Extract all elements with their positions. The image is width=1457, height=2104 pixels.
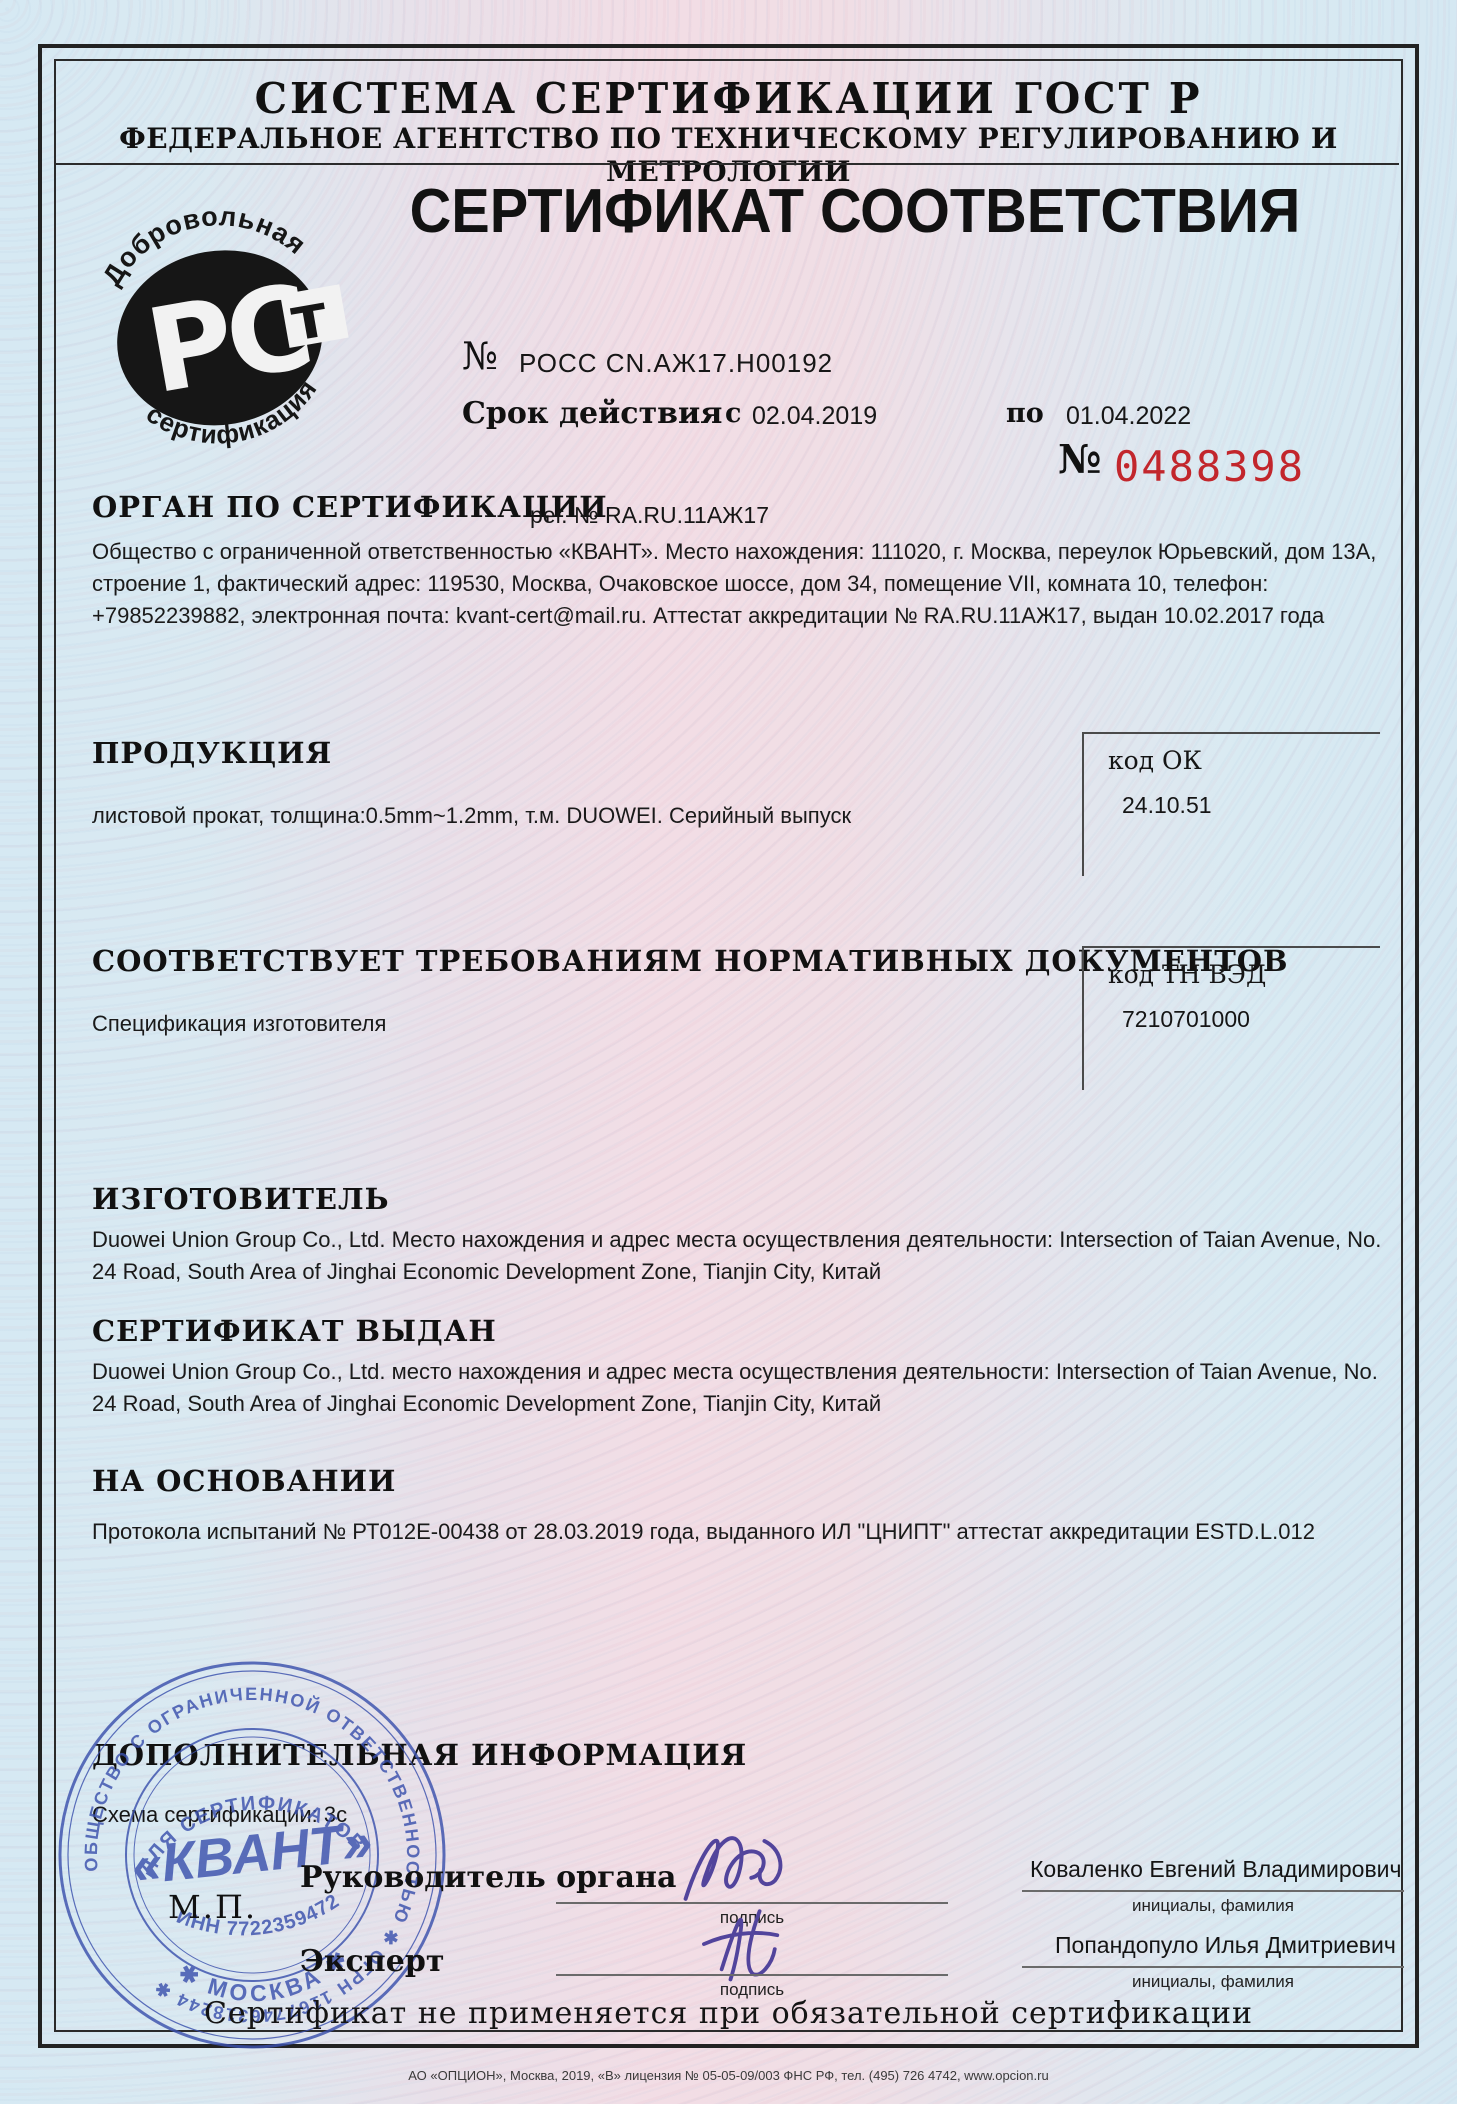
blank-no-symbol: №: [1058, 436, 1101, 483]
head-name: Коваленко Евгений Владимирович: [1030, 1856, 1402, 1883]
section-basis-heading: НА ОСНОВАНИИ: [92, 1464, 396, 1498]
tnved-code-label: код ТН ВЭД: [1108, 960, 1266, 989]
validity-from-label: с: [725, 398, 741, 429]
cert-no-symbol: №: [462, 334, 498, 378]
ok-code-box: код ОК 24.10.51: [1082, 732, 1380, 876]
expert-signature: [652, 1896, 852, 1982]
section-body-reg: рег. № RA.RU.11АЖ17: [530, 502, 769, 529]
stamp-place-label: М.П.: [168, 1888, 257, 1926]
section-manufacturer-heading: ИЗГОТОВИТЕЛЬ: [92, 1182, 390, 1216]
blank-no-value: 0488398: [1114, 442, 1305, 491]
section-issued-heading: СЕРТИФИКАТ ВЫДАН: [92, 1314, 497, 1348]
section-product-heading: ПРОДУКЦИЯ: [92, 736, 332, 770]
expert-name-line: [1022, 1966, 1404, 1968]
head-name-line: [1022, 1890, 1404, 1892]
section-product-text: листовой прокат, толщина:0.5mm~1.2mm, т.…: [92, 800, 1052, 832]
expert-role-label: Эксперт: [300, 1944, 444, 1979]
head-role-label: Руководитель органа: [300, 1860, 676, 1895]
document-title: СЕРТИФИКАТ СООТВЕТСТВИЯ: [385, 176, 1324, 247]
rst-logo: Добровольная РС т сертификация: [82, 168, 354, 468]
section-manufacturer-text: Duowei Union Group Co., Ltd. Место нахож…: [92, 1224, 1392, 1288]
footer-note: Сертификат не применяется при обязательн…: [0, 1996, 1457, 2031]
validity-to-date: 01.04.2022: [1066, 402, 1191, 431]
print-line: АО «ОПЦИОН», Москва, 2019, «В» лицензия …: [0, 2068, 1457, 2083]
expert-name: Попандопуло Илья Дмитриевич: [1055, 1932, 1396, 1959]
tnved-code-value: 7210701000: [1122, 1006, 1250, 1033]
section-conformity-text: Спецификация изготовителя: [92, 1008, 1052, 1040]
validity-to-label: по: [1006, 398, 1044, 429]
tnved-code-box: код ТН ВЭД 7210701000: [1082, 946, 1380, 1090]
section-issued-text: Duowei Union Group Co., Ltd. место нахож…: [92, 1356, 1392, 1420]
validity-label: Срок действия: [462, 396, 722, 431]
validity-from-date: 02.04.2019: [752, 402, 877, 431]
certificate-page: СИСТЕМА СЕРТИФИКАЦИИ ГОСТ Р ФЕДЕРАЛЬНОЕ …: [0, 0, 1457, 2104]
ok-code-value: 24.10.51: [1122, 792, 1212, 819]
expert-signature-line: [556, 1974, 948, 1976]
cert-no-value: РОСС CN.АЖ17.H00192: [519, 348, 833, 379]
header-divider: [56, 163, 1399, 165]
head-name-caption: инициалы, фамилия: [1022, 1896, 1404, 1916]
section-body-text: Общество с ограниченной ответственностью…: [92, 536, 1392, 632]
ok-code-label: код ОК: [1108, 746, 1202, 775]
section-basis-text: Протокола испытаний № РТ012E-00438 от 28…: [92, 1516, 1392, 1548]
expert-name-caption: инициалы, фамилия: [1022, 1972, 1404, 1992]
system-title: СИСТЕМА СЕРТИФИКАЦИИ ГОСТ Р: [22, 74, 1435, 123]
